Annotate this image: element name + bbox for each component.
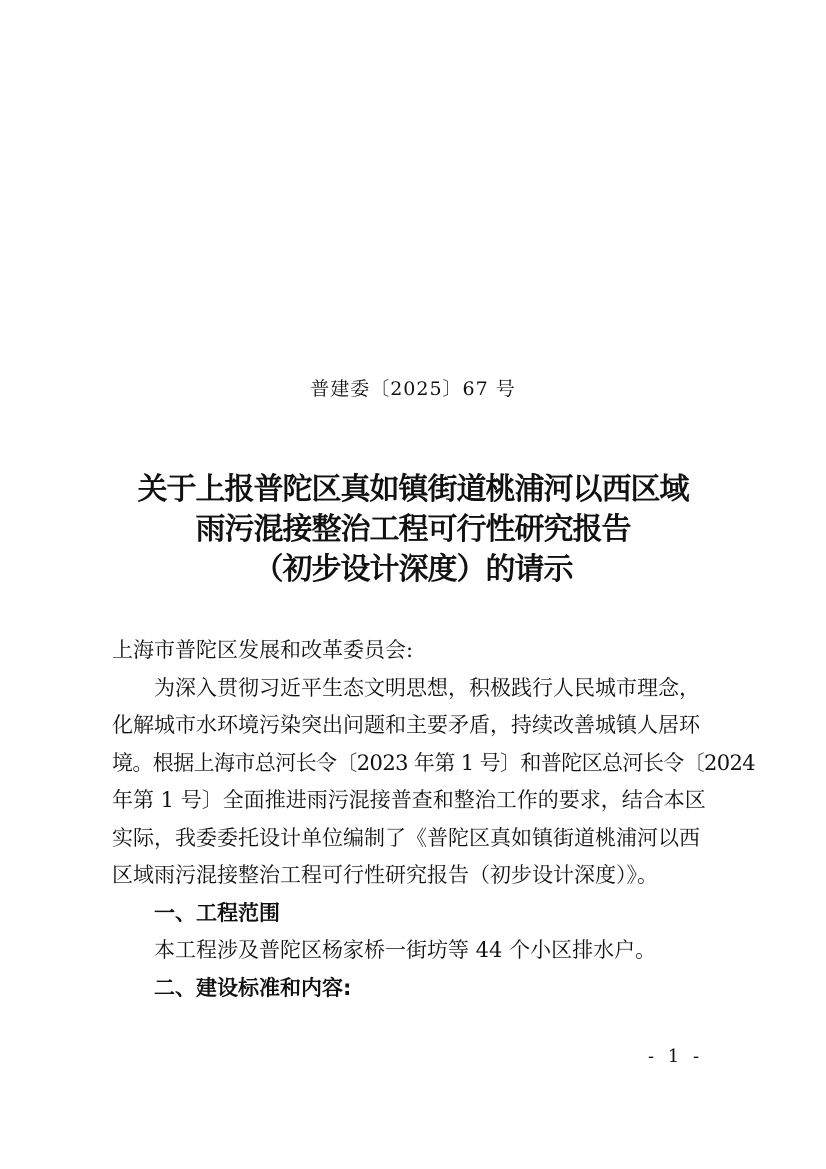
- page-number: - 1 -: [648, 1046, 703, 1067]
- document-number: 普建委〔2025〕67 号: [0, 374, 826, 401]
- paragraph-line: 实际，我委委托设计单位编制了《普陀区真如镇街道桃浦河以西: [112, 820, 716, 858]
- paragraph-line: 年第 1 号〕全面推进雨污混接普查和整治工作的要求，结合本区: [112, 782, 716, 820]
- title-line-2: 雨污混接整治工程可行性研究报告: [0, 510, 826, 550]
- paragraph-line: 为深入贯彻习近平生态文明思想，积极践行人民城市理念，: [112, 670, 716, 708]
- paragraph-line: 化解城市水环境污染突出问题和主要矛盾，持续改善城镇人居环: [112, 707, 716, 745]
- paragraph-line: 境。根据上海市总河长令〔2023 年第 1 号〕和普陀区总河长令〔2024: [112, 745, 716, 783]
- document-body: 上海市普陀区发展和改革委员会: 为深入贯彻习近平生态文明思想，积极践行人民城市理…: [112, 632, 716, 1007]
- section-text-1: 本工程涉及普陀区杨家桥一街坊等 44 个小区排水户。: [112, 932, 716, 970]
- section-heading-2: 二、建设标准和内容:: [112, 970, 716, 1008]
- title-line-1: 关于上报普陀区真如镇街道桃浦河以西区域: [0, 470, 826, 510]
- document-title: 关于上报普陀区真如镇街道桃浦河以西区域 雨污混接整治工程可行性研究报告 （初步设…: [0, 470, 826, 590]
- paragraph-line: 区域雨污混接整治工程可行性研究报告（初步设计深度）》。: [112, 857, 716, 895]
- section-heading-1: 一、工程范围: [112, 895, 716, 933]
- title-line-3: （初步设计深度）的请示: [0, 550, 826, 590]
- addressee: 上海市普陀区发展和改革委员会:: [112, 632, 716, 670]
